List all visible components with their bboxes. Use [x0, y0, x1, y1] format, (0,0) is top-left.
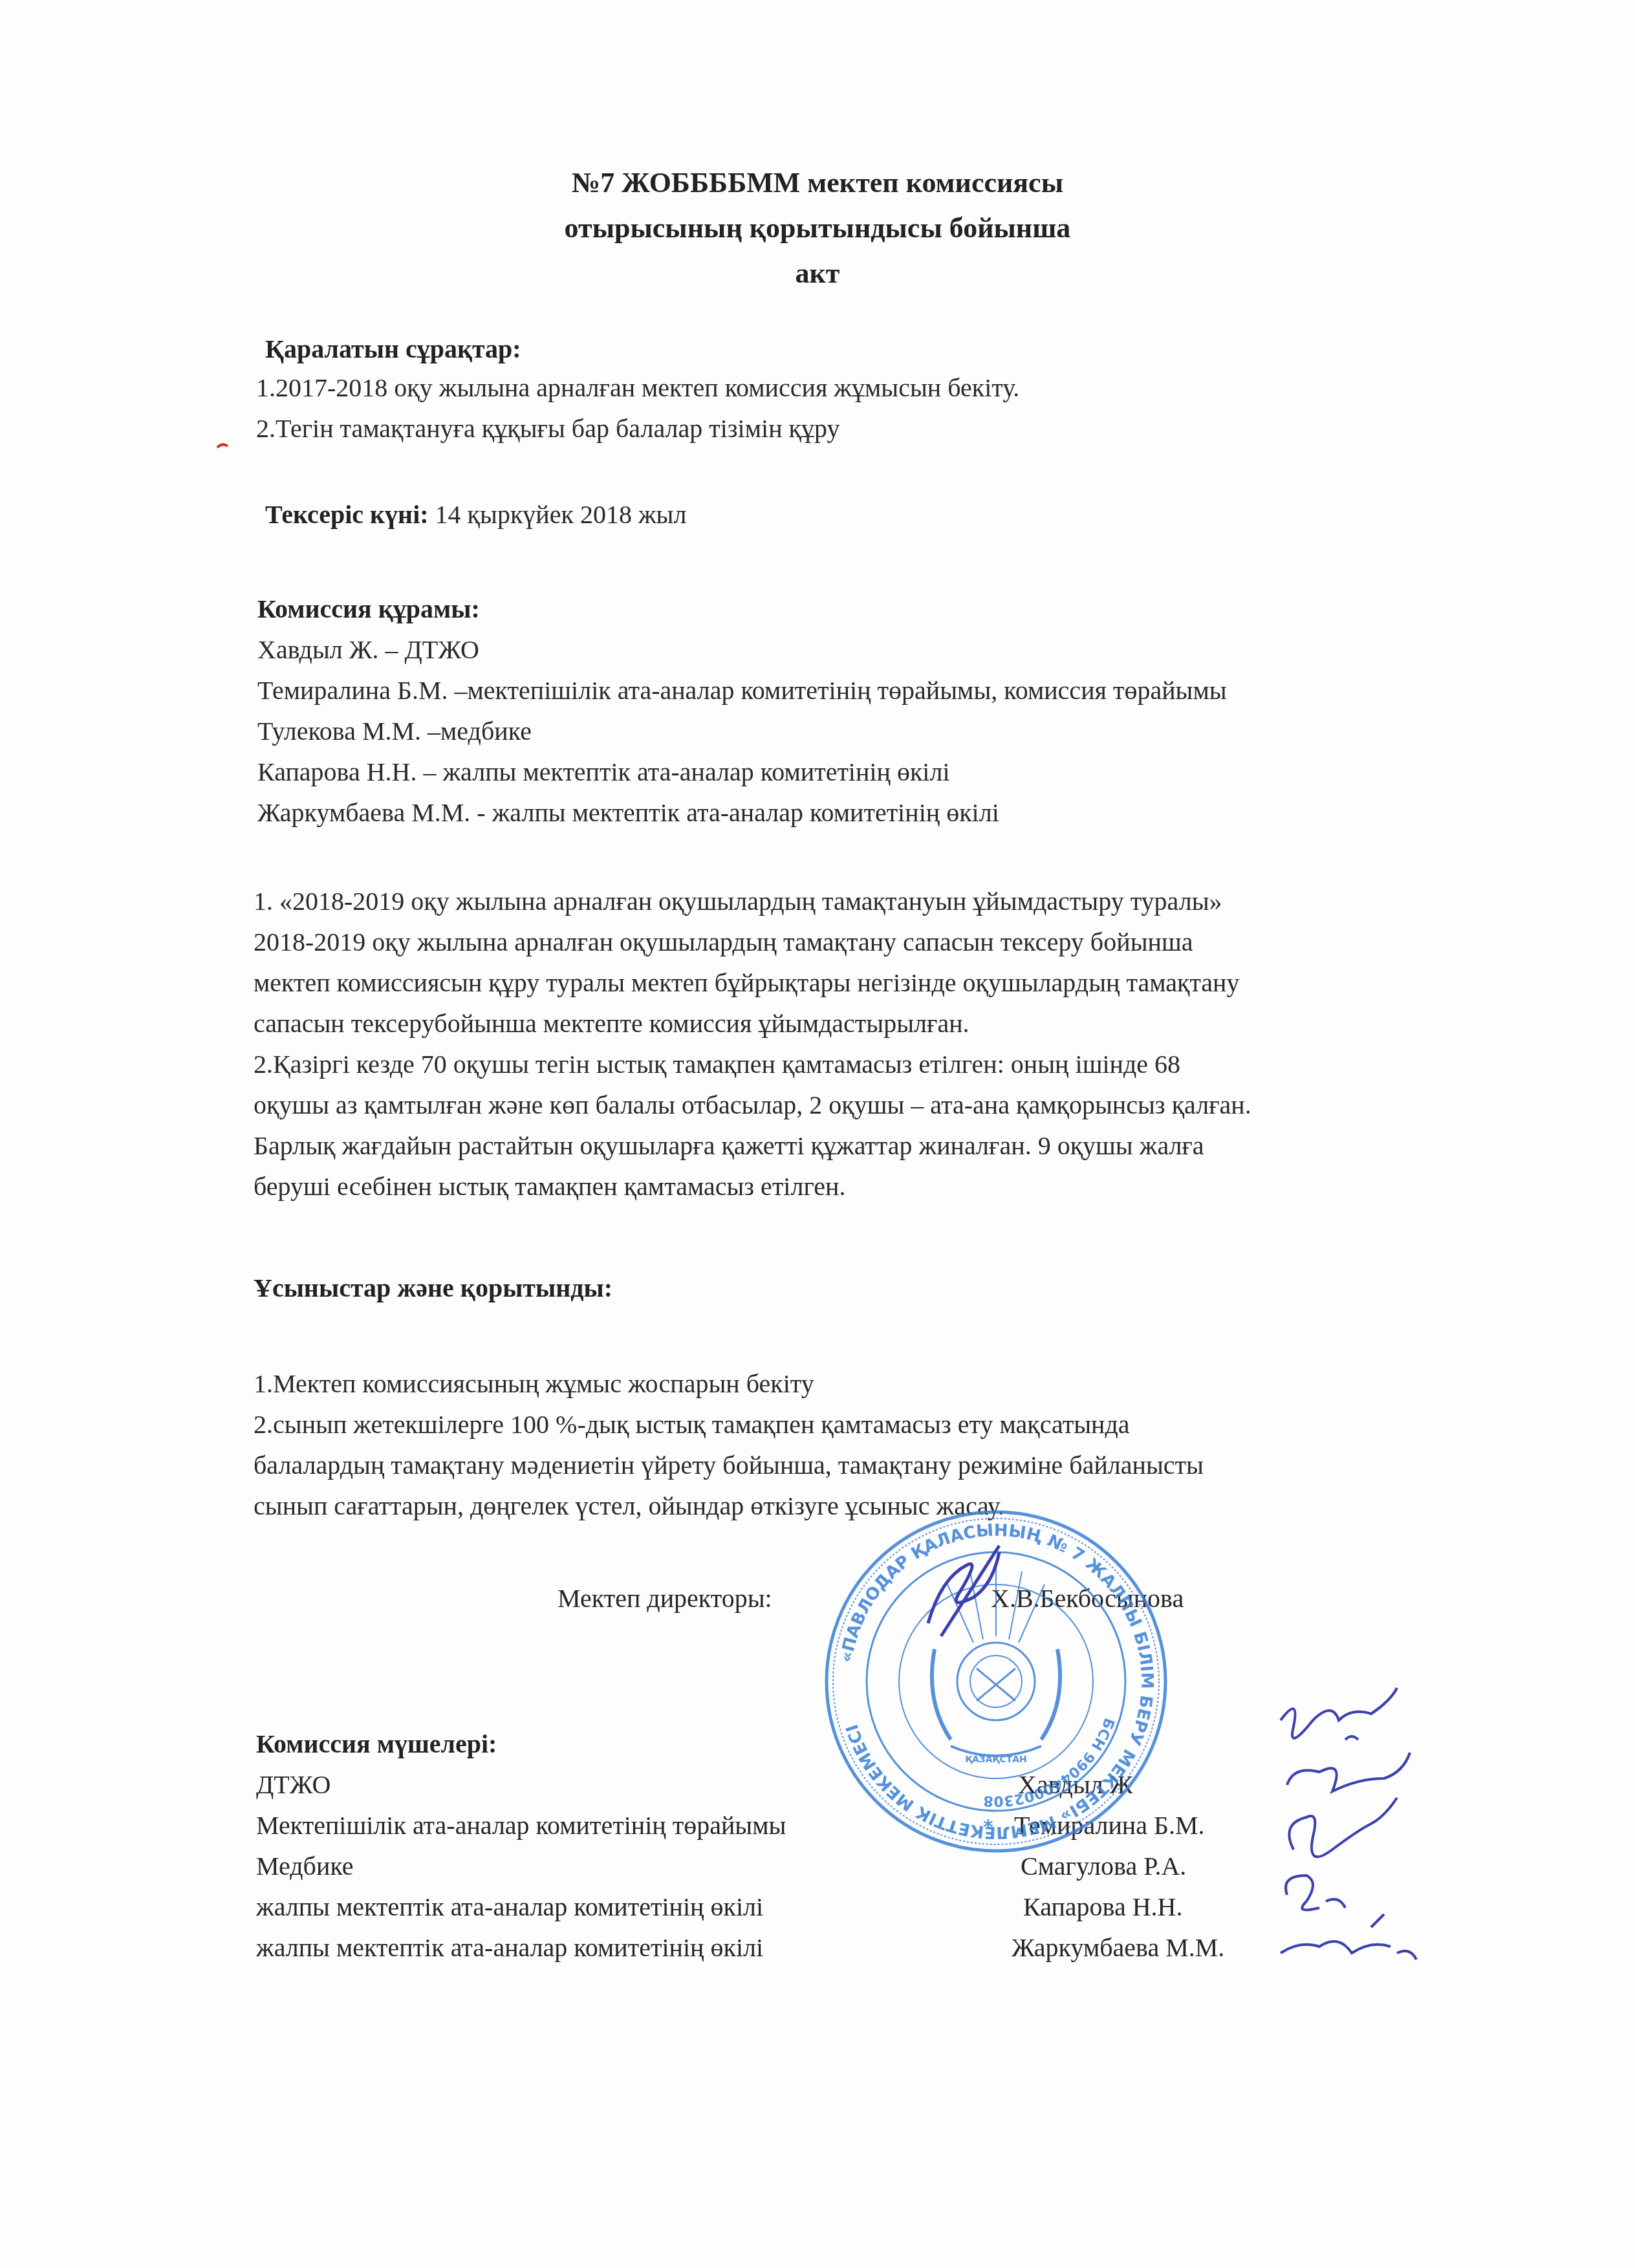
commission-member-3: Тулекова М.М. –медбике: [257, 711, 1538, 751]
body-line-7: Барлық жағдайын растайтын оқушыларға қаж…: [254, 1125, 1534, 1166]
scan-mark-icon: [216, 441, 229, 450]
commission-heading: Комиссия құрамы:: [257, 589, 1538, 629]
conclusions-heading-block: Ұсыныстар және қорытынды:: [254, 1268, 1534, 1308]
body-section: 1. «2018-2019 оқу жылына арналған оқушыл…: [254, 881, 1534, 1207]
signatory-row: Медбике Смагулова Р.А.: [256, 1846, 1550, 1886]
director-name: Х.В.Бекбосынова: [991, 1578, 1184, 1619]
commission-section: Комиссия құрамы: Хавдыл Ж. – ДТЖО Темира…: [257, 589, 1538, 833]
body-line-4: сапасын тексерубойынша мектепте комиссия…: [254, 1003, 1534, 1044]
conclusion-line-2: 2.сынып жетекшілерге 100 %-дық ыстық там…: [254, 1404, 1534, 1445]
inspection-date-value: 14 қыркүйек 2018 жыл: [429, 500, 687, 529]
signatory-role: ДТЖО: [256, 1764, 330, 1805]
signatory-row: ДТЖО Хавдыл Ж: [256, 1764, 1550, 1805]
title-line-3: акт: [0, 251, 1635, 296]
inspection-date-label: Тексеріс күні:: [265, 500, 429, 529]
signatory-role: жалпы мектептік ата-аналар комитетінің ө…: [256, 1886, 763, 1927]
conclusion-line-1: 1.Мектеп комиссиясының жұмыс жоспарын бе…: [254, 1363, 1534, 1404]
signatory-row: жалпы мектептік ата-аналар комитетінің ө…: [256, 1886, 1550, 1927]
director-label: Мектеп директоры:: [558, 1578, 772, 1619]
title-line-2: отырысының қорытындысы бойынша: [0, 206, 1635, 251]
body-line-6: оқушы аз қамтылған және көп балалы отбас…: [254, 1085, 1534, 1125]
agenda-items: 1.2017-2018 оқу жылына арналған мектеп к…: [256, 367, 1537, 449]
signatory-row: Мектепішілік ата-аналар комитетінің төра…: [256, 1805, 1550, 1846]
signatory-name: Капарова Н.Н.: [1023, 1886, 1182, 1927]
agenda-item-1: 1.2017-2018 оқу жылына арналған мектеп к…: [256, 367, 1537, 408]
signatory-name: Хавдыл Ж: [1018, 1764, 1133, 1805]
body-line-5: 2.Қазіргі кезде 70 оқушы тегін ыстық там…: [254, 1044, 1534, 1085]
signatory-name: Смагулова Р.А.: [1021, 1846, 1186, 1886]
scanned-document-page: №7 ЖОББББММ мектеп комиссиясы отырысының…: [0, 0, 1635, 2268]
body-line-2: 2018-2019 оқу жылына арналған оқушыларды…: [254, 922, 1534, 962]
commission-member-1: Хавдыл Ж. – ДТЖО: [257, 629, 1538, 670]
commission-member-5: Жаркумбаева М.М. - жалпы мектептік ата-а…: [257, 792, 1538, 833]
signatory-role: жалпы мектептік ата-аналар комитетінің ө…: [256, 1927, 763, 1968]
agenda-section: Қаралатын сұрақтар:: [265, 329, 1546, 369]
document-title: №7 ЖОББББММ мектеп комиссиясы отырысының…: [0, 160, 1635, 296]
signatory-role: Медбике: [256, 1846, 354, 1886]
conclusions-section: 1.Мектеп комиссиясының жұмыс жоспарын бе…: [254, 1363, 1534, 1526]
body-line-3: мектеп комиссиясын құру туралы мектеп бұ…: [254, 962, 1534, 1003]
inspection-date: Тексеріс күні: 14 қыркүйек 2018 жыл: [265, 494, 1546, 535]
conclusion-line-3: балалардың тамақтану мәдениетін үйрету б…: [254, 1445, 1534, 1485]
agenda-item-2: 2.Тегін тамақтануға құқығы бар балалар т…: [256, 408, 1537, 449]
signatories-section: Комиссия мүшелері: ДТЖО Хавдыл Ж Мектепі…: [256, 1723, 1550, 1968]
signatories-heading: Комиссия мүшелері:: [256, 1723, 497, 1764]
agenda-heading: Қаралатын сұрақтар:: [265, 329, 1546, 369]
title-line-1: №7 ЖОББББММ мектеп комиссиясы: [0, 160, 1635, 206]
signatory-row: жалпы мектептік ата-аналар комитетінің ө…: [256, 1927, 1550, 1968]
commission-member-4: Капарова Н.Н. – жалпы мектептік ата-анал…: [257, 751, 1538, 792]
signatory-role: Мектепішілік ата-аналар комитетінің төра…: [256, 1805, 786, 1846]
commission-member-2: Темиралина Б.М. –мектепішілік ата-аналар…: [257, 670, 1538, 711]
body-line-8: беруші есебінен ыстық тамақпен қамтамасы…: [254, 1166, 1534, 1207]
signatory-name: Жаркумбаева М.М.: [1012, 1927, 1224, 1968]
signatory-name: Темиралина Б.М.: [1014, 1805, 1205, 1846]
conclusion-line-4: сынып сағаттарын, дөңгелек үстел, ойында…: [254, 1485, 1534, 1526]
body-line-1: 1. «2018-2019 оқу жылына арналған оқушыл…: [254, 881, 1534, 922]
conclusions-heading: Ұсыныстар және қорытынды:: [254, 1268, 1534, 1308]
